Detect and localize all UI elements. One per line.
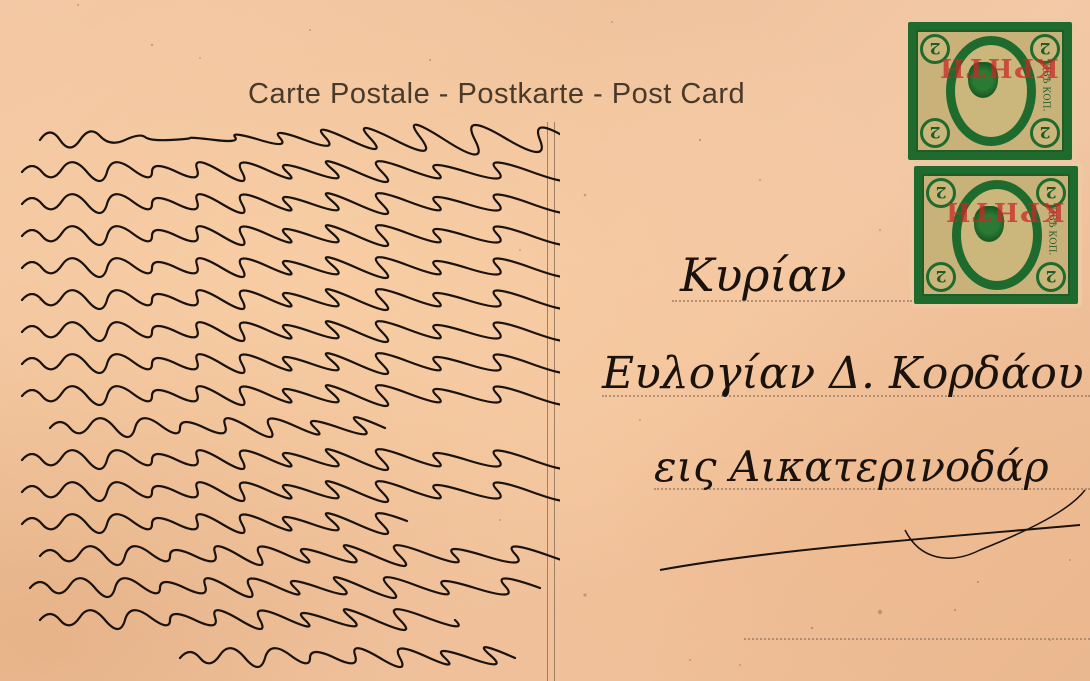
stamp-overprint: ΚΡΗΤΗ	[938, 52, 1059, 82]
denomination-badge: 2	[1030, 118, 1060, 148]
handwritten-message	[0, 110, 560, 681]
address-line-4	[744, 638, 1090, 640]
postcard-header: Carte Postale - Postkarte - Post Card	[248, 78, 745, 111]
denomination-badge: 2	[920, 118, 950, 148]
postage-stamp-1: 2 2 2 2 ДВѢ КОП. ΚΡΗΤΗ	[908, 22, 1072, 160]
address-recipient-name: Ευλογίαν Δ. Κορδάου	[602, 348, 1084, 399]
denomination-badge: 2	[1036, 262, 1066, 292]
address-salutation: Κυρίαν	[680, 248, 846, 302]
postage-stamp-2: 2 2 2 2 ДВѢ КОП. ΚΡΗΤΗ	[914, 166, 1078, 304]
stamp-overprint: ΚΡΗΤΗ	[944, 196, 1065, 226]
address-flourish	[650, 470, 1090, 580]
denomination-badge: 2	[926, 262, 956, 292]
